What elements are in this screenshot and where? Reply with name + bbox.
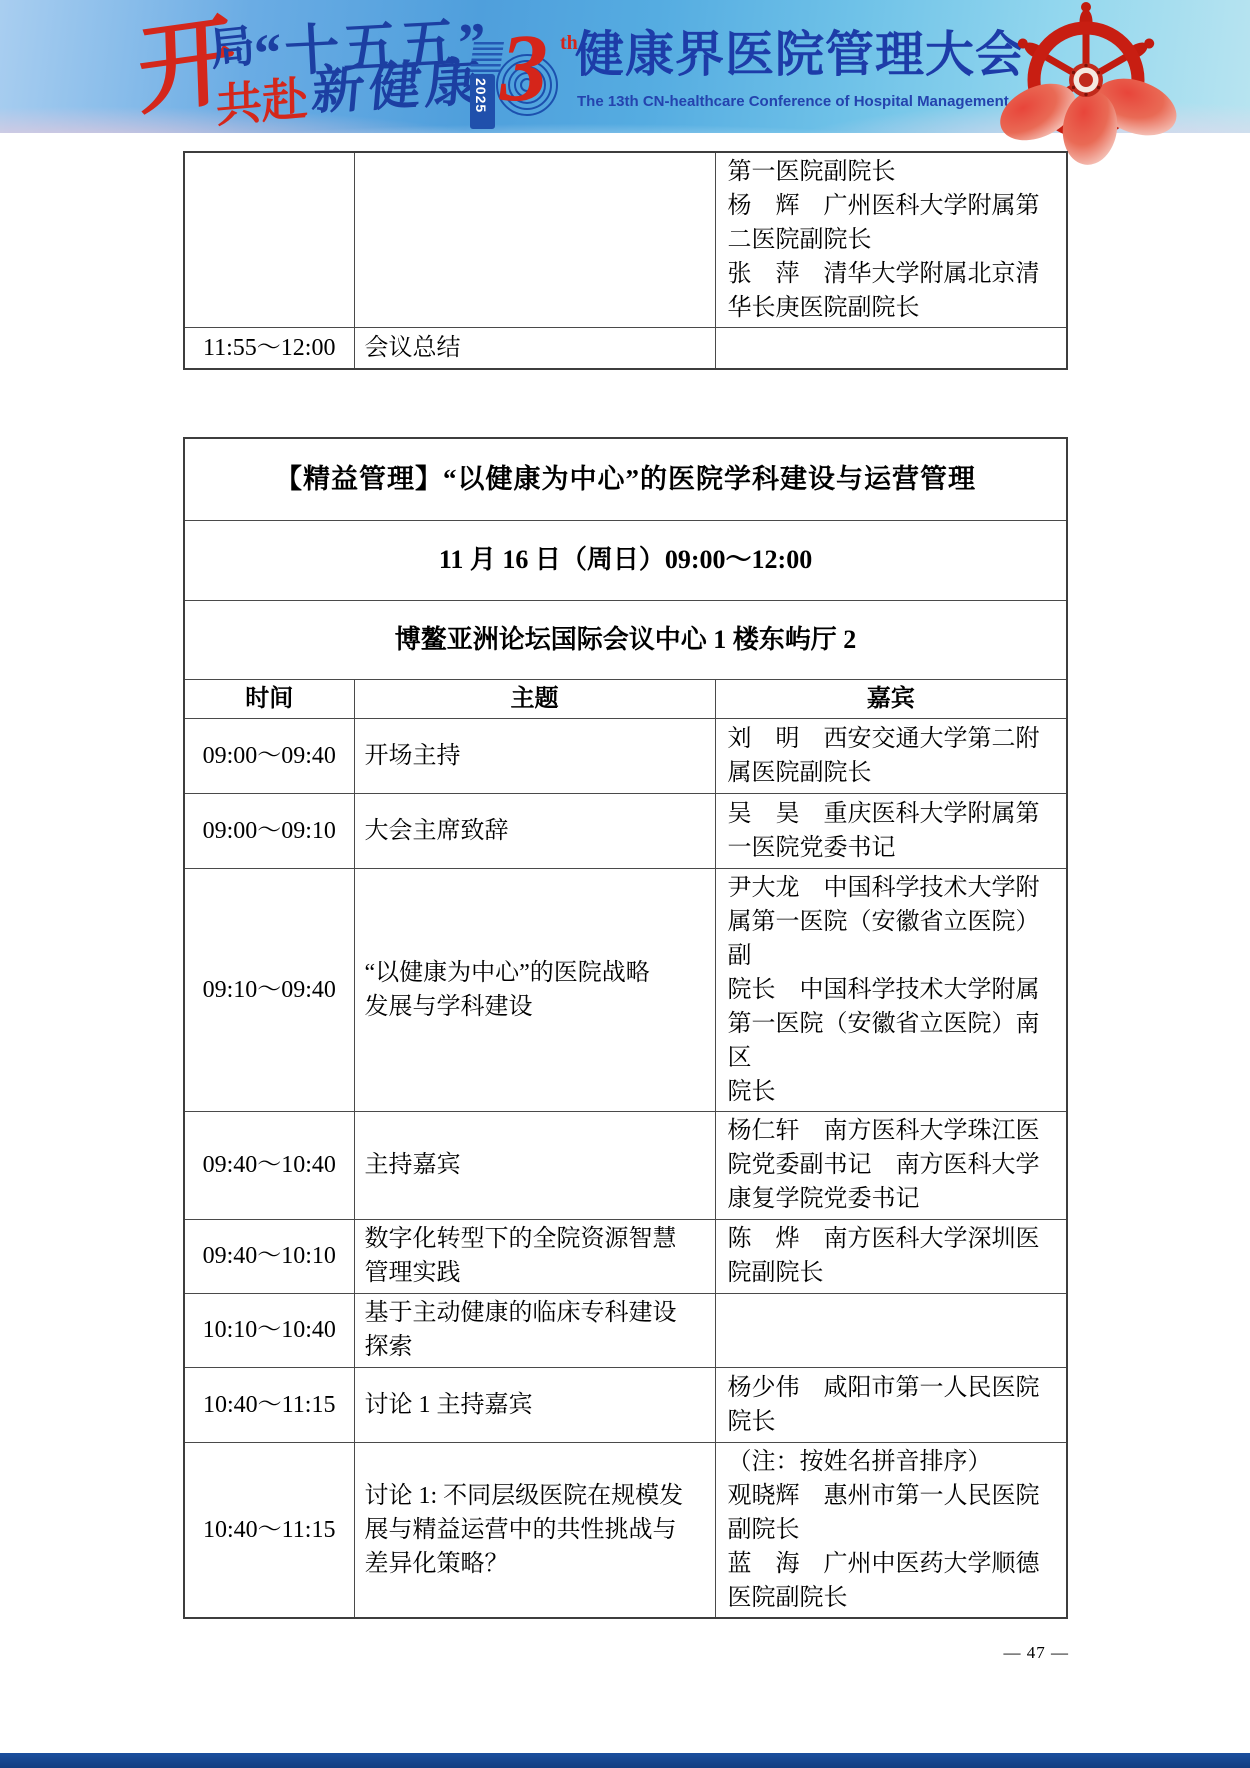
time-cell: 10:10～10:40 (184, 1293, 354, 1367)
column-header-row: 时间 主题 嘉宾 (184, 679, 1067, 718)
table-row: 10:40～11:15 讨论 1: 不同层级医院在规模发 展与精益运营中的共性挑… (184, 1442, 1067, 1618)
guest-cell: 吴 昊 重庆医科大学附属第 一医院党委书记 (715, 793, 1067, 868)
topic-cell: 讨论 1 主持嘉宾 (354, 1367, 715, 1442)
page-number: — 47 — (1004, 1643, 1070, 1663)
logo-year-badge: 2025 (470, 74, 495, 129)
time-cell: 09:40～10:10 (184, 1219, 354, 1293)
guest-cell: 第一医院副院长 杨 辉 广州医科大学附属第 二医院副院长 张 萍 清华大学附属北… (715, 152, 1067, 328)
guest-cell: （注：按姓名拼音排序） 观晓辉 惠州市第一人民医院 副院长 蓝 海 广州中医药大… (715, 1442, 1067, 1618)
time-cell: 10:40～11:15 (184, 1442, 354, 1618)
footer-bar (0, 1753, 1250, 1768)
table-row: 10:10～10:40 基于主动健康的临床专科建设 探索 (184, 1293, 1067, 1367)
table-row: 09:40～10:40 主持嘉宾 杨仁轩 南方医科大学珠江医 院党委副书记 南方… (184, 1111, 1067, 1219)
time-cell: 09:10～09:40 (184, 868, 354, 1111)
session-datetime: 11 月 16 日（周日）09:00～12:00 (184, 520, 1067, 600)
guest-cell: 陈 烨 南方医科大学深圳医 院副院长 (715, 1219, 1067, 1293)
session-datetime-row: 11 月 16 日（周日）09:00～12:00 (184, 520, 1067, 600)
table-row: 11:55～12:00 会议总结 (184, 328, 1067, 369)
table-row: 09:40～10:10 数字化转型下的全院资源智慧 管理实践 陈 烨 南方医科大… (184, 1219, 1067, 1293)
conference-banner: 开 局 “十五五” 共赴 新健康 2025 3 th 健康界医院管理大会 The… (0, 0, 1250, 133)
time-cell: 10:40～11:15 (184, 1367, 354, 1442)
table-row: 10:40～11:15 讨论 1 主持嘉宾 杨少伟 咸阳市第一人民医院 院长 (184, 1367, 1067, 1442)
ship-wheel-icon (988, 0, 1188, 168)
topic-cell: 大会主席致辞 (354, 793, 715, 868)
topic-cell: 开场主持 (354, 718, 715, 793)
guest-cell: 刘 明 西安交通大学第二附 属医院副院长 (715, 718, 1067, 793)
topic-cell: 数字化转型下的全院资源智慧 管理实践 (354, 1219, 715, 1293)
guest-cell: 杨仁轩 南方医科大学珠江医 院党委副书记 南方医科大学 康复学院党委书记 (715, 1111, 1067, 1219)
topic-cell: 讨论 1: 不同层级医院在规模发 展与精益运营中的共性挑战与 差异化策略？ (354, 1442, 715, 1618)
guest-cell (715, 328, 1067, 369)
topic-column-header: 主题 (354, 679, 715, 718)
conference-13th-logo: 2025 3 th (470, 36, 580, 132)
topic-cell: 基于主动健康的临床专科建设 探索 (354, 1293, 715, 1367)
conference-subtitle: The 13th CN-healthcare Conference of Hos… (577, 93, 1009, 110)
previous-session-table: 第一医院副院长 杨 辉 广州医科大学附属第 二医院副院长 张 萍 清华大学附属北… (183, 151, 1068, 370)
guest-cell (715, 1293, 1067, 1367)
time-column-header: 时间 (184, 679, 354, 718)
time-cell: 09:00～09:40 (184, 718, 354, 793)
guest-column-header: 嘉宾 (715, 679, 1067, 718)
logo-digit-3: 3 (500, 20, 548, 116)
session-venue-row: 博鳌亚洲论坛国际会议中心 1 楼东屿厅 2 (184, 600, 1067, 679)
session-title: 【精益管理】“以健康为中心”的医院学科建设与运营管理 (184, 438, 1067, 520)
time-cell: 09:40～10:40 (184, 1111, 354, 1219)
guest-cell: 杨少伟 咸阳市第一人民医院 院长 (715, 1367, 1067, 1442)
logo-year-text: 2025 (473, 78, 489, 113)
table-row: 第一医院副院长 杨 辉 广州医科大学附属第 二医院副院长 张 萍 清华大学附属北… (184, 152, 1067, 328)
time-cell: 11:55～12:00 (184, 328, 354, 369)
slogan-ju-character: 局 (208, 24, 257, 73)
time-cell: 09:00～09:10 (184, 793, 354, 868)
time-cell (184, 152, 354, 328)
topic-cell: “以健康为中心”的医院战略 发展与学科建设 (354, 868, 715, 1111)
program-page: 开 局 “十五五” 共赴 新健康 2025 3 th 健康界医院管理大会 The… (0, 0, 1250, 1768)
conference-title: 健康界医院管理大会 (575, 26, 1025, 85)
table-row: 09:00～09:10 大会主席致辞 吴 昊 重庆医科大学附属第 一医院党委书记 (184, 793, 1067, 868)
slogan-xinjiankang: 新健康 (310, 57, 485, 118)
table-row: 09:10～09:40 “以健康为中心”的医院战略 发展与学科建设 尹大龙 中国… (184, 868, 1067, 1111)
session-title-row: 【精益管理】“以健康为中心”的医院学科建设与运营管理 (184, 438, 1067, 520)
guest-cell: 尹大龙 中国科学技术大学附 属第一医院（安徽省立医院）副 院长 中国科学技术大学… (715, 868, 1067, 1111)
session-venue: 博鳌亚洲论坛国际会议中心 1 楼东屿厅 2 (184, 600, 1067, 679)
slogan-gongfu: 共赴 (216, 76, 308, 130)
lean-management-session-table: 【精益管理】“以健康为中心”的医院学科建设与运营管理 11 月 16 日（周日）… (183, 437, 1068, 1619)
topic-cell: 主持嘉宾 (354, 1111, 715, 1219)
topic-cell (354, 152, 715, 328)
topic-cell: 会议总结 (354, 328, 715, 369)
table-row: 09:00～09:40 开场主持 刘 明 西安交通大学第二附 属医院副院长 (184, 718, 1067, 793)
